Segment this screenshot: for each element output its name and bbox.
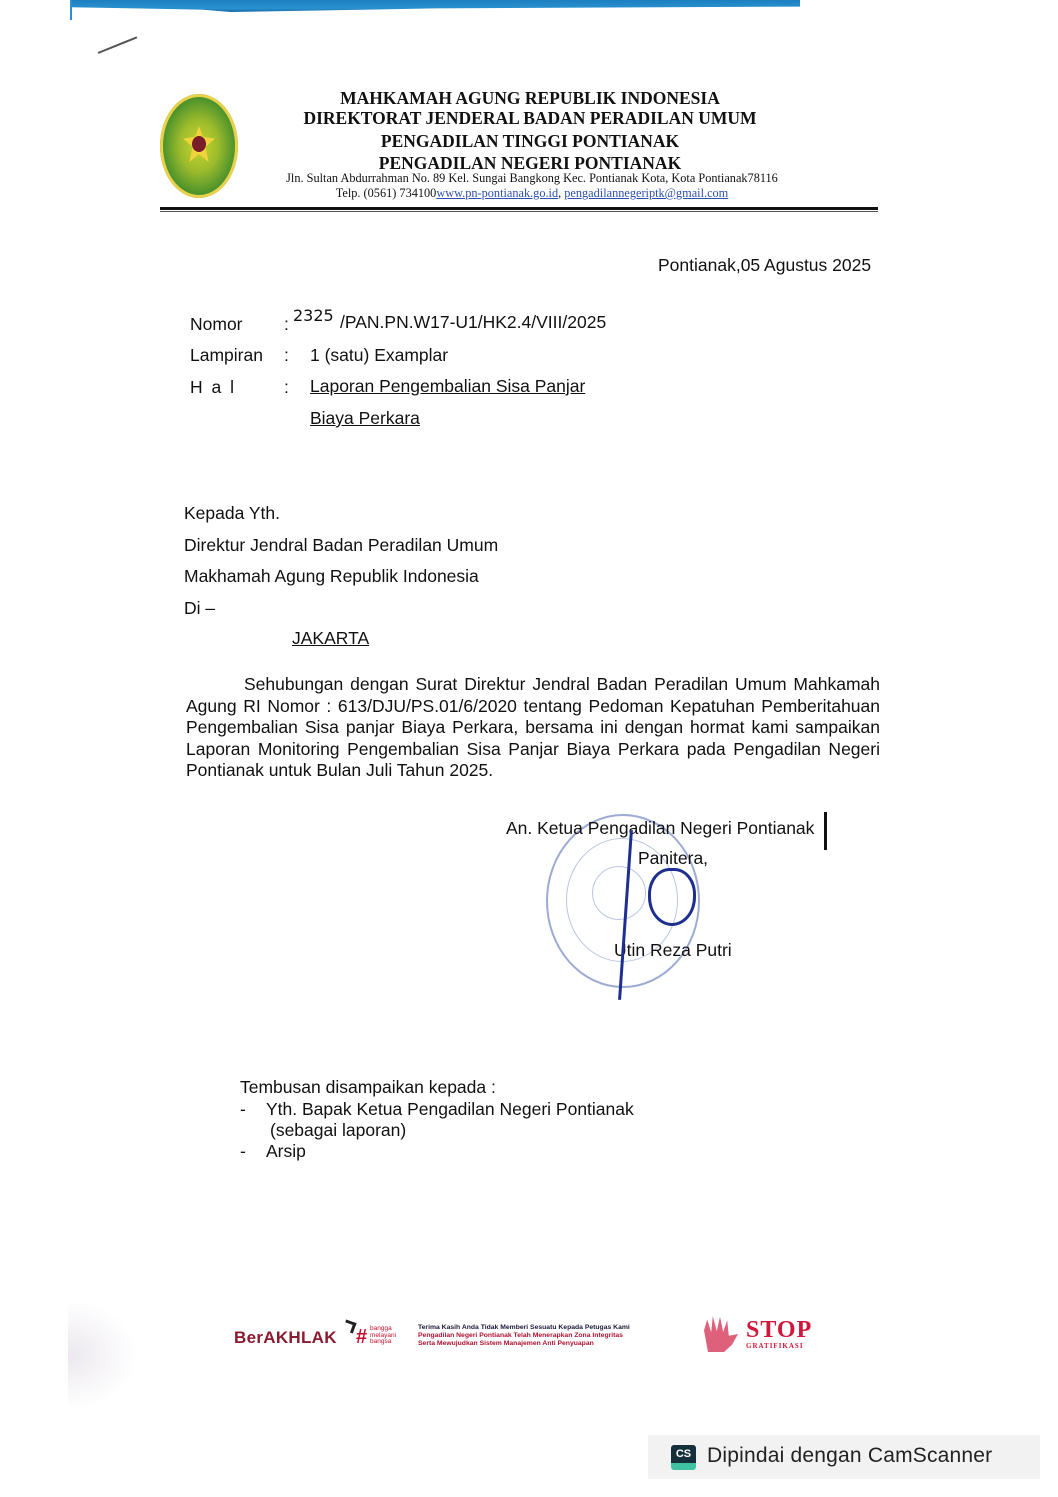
letter-date: Pontianak,05 Agustus 2025 <box>658 255 871 276</box>
signature-loop <box>648 868 696 926</box>
letterhead-line-1: MAHKAMAH AGUNG REPUBLIK INDONESIA <box>250 88 810 109</box>
letterhead-line-3: PENGADILAN TINGGI PONTIANAK <box>250 131 810 152</box>
letterhead-address: Jln. Sultan Abdurrahman No. 89 Kel. Sung… <box>237 171 827 186</box>
recipient-city: JAKARTA <box>292 628 369 649</box>
hal-label: H a l <box>190 377 236 398</box>
website-link[interactable]: www.pn-pontianak.go.id <box>436 186 558 200</box>
integrity-motto: Terima Kasih Anda Tidak Memberi Sesuatu … <box>418 1324 630 1348</box>
cc-item-note: (sebagai laporan) <box>270 1120 406 1141</box>
signature-title: Panitera, <box>638 848 708 869</box>
nomor-value: /PAN.PN.W17-U1/HK2.4/VIII/2025 <box>340 312 606 333</box>
recipient-at: Di – <box>184 598 215 619</box>
lampiran-value: 1 (satu) Examplar <box>310 345 448 366</box>
lampiran-colon: : <box>284 345 289 366</box>
letter-body: Sehubungan dengan Surat Direktur Jendral… <box>186 674 880 782</box>
bangga-melayani-hash-icon: # <box>356 1326 367 1349</box>
cc-item: Arsip <box>266 1141 306 1162</box>
cc-title: Tembusan disampaikan kepada : <box>240 1077 496 1098</box>
motto-line-2: Pengadilan Negeri Pontianak Telah Menera… <box>418 1332 630 1340</box>
letterhead-contact: Telp. (0561) 734100www.pn-pontianak.go.i… <box>237 186 827 201</box>
scan-shadow <box>68 1300 138 1410</box>
cc-item: Yth. Bapak Ketua Pengadilan Negeri Ponti… <box>266 1099 634 1120</box>
letterhead-line-2: DIREKTORAT JENDERAL BADAN PERADILAN UMUM <box>250 108 810 129</box>
recipient-title: Direktur Jendral Badan Peradilan Umum <box>184 535 498 556</box>
phone-number: Telp. (0561) 734100 <box>336 186 437 200</box>
letterhead-rule <box>160 207 878 210</box>
camscanner-logo-icon: CS <box>671 1445 696 1470</box>
camscanner-text: Dipindai dengan CamScanner <box>707 1444 992 1468</box>
signature-on-behalf: An. Ketua Pengadilan Negeri Pontianak <box>506 818 814 839</box>
recipient-institution: Makhamah Agung Republik Indonesia <box>184 566 479 587</box>
nomor-label: Nomor <box>190 314 243 335</box>
stop-label: STOP <box>746 1318 812 1342</box>
hal-value-line-2: Biaya Perkara <box>310 408 420 429</box>
cc-bullet: - <box>240 1099 246 1120</box>
scan-edge-artifact-left <box>70 0 72 20</box>
scan-edge-artifact <box>70 0 800 12</box>
stamp-emblem <box>592 866 646 920</box>
email-link[interactable]: pengadilannegeriptk@gmail.com <box>564 186 728 200</box>
lampiran-label: Lampiran <box>190 345 263 366</box>
hal-value-line-1: Laporan Pengembalian Sisa Panjar <box>310 376 585 397</box>
emblem-shield <box>192 136 206 152</box>
stop-hand-icon <box>700 1316 740 1352</box>
signatory-name: Utin Reza Putri <box>614 940 732 961</box>
bangga-melayani-logo: bangga melayani bangsa <box>370 1326 396 1346</box>
recipient-greeting: Kepada Yth. <box>184 503 280 524</box>
berakhlak-logo: BerAKHLAK <box>234 1328 337 1348</box>
gratifikasi-label: GRATIFIKASI <box>746 1342 804 1350</box>
motto-line-3: Serta Mewujudkan Sistem Manajemen Anti P… <box>418 1340 630 1348</box>
pen-mark <box>98 36 138 54</box>
letterhead-rule-thin <box>160 211 878 212</box>
pen-tick-mark <box>824 812 827 850</box>
nomor-colon: : <box>284 314 289 335</box>
bangsa-word: bangsa <box>370 1339 396 1346</box>
nomor-handwritten: 2325 <box>293 306 334 325</box>
berakhlak-chevron-icon <box>342 1319 356 1333</box>
motto-line-1: Terima Kasih Anda Tidak Memberi Sesuatu … <box>418 1324 630 1332</box>
cc-bullet: - <box>240 1141 246 1162</box>
hal-colon: : <box>284 377 289 398</box>
